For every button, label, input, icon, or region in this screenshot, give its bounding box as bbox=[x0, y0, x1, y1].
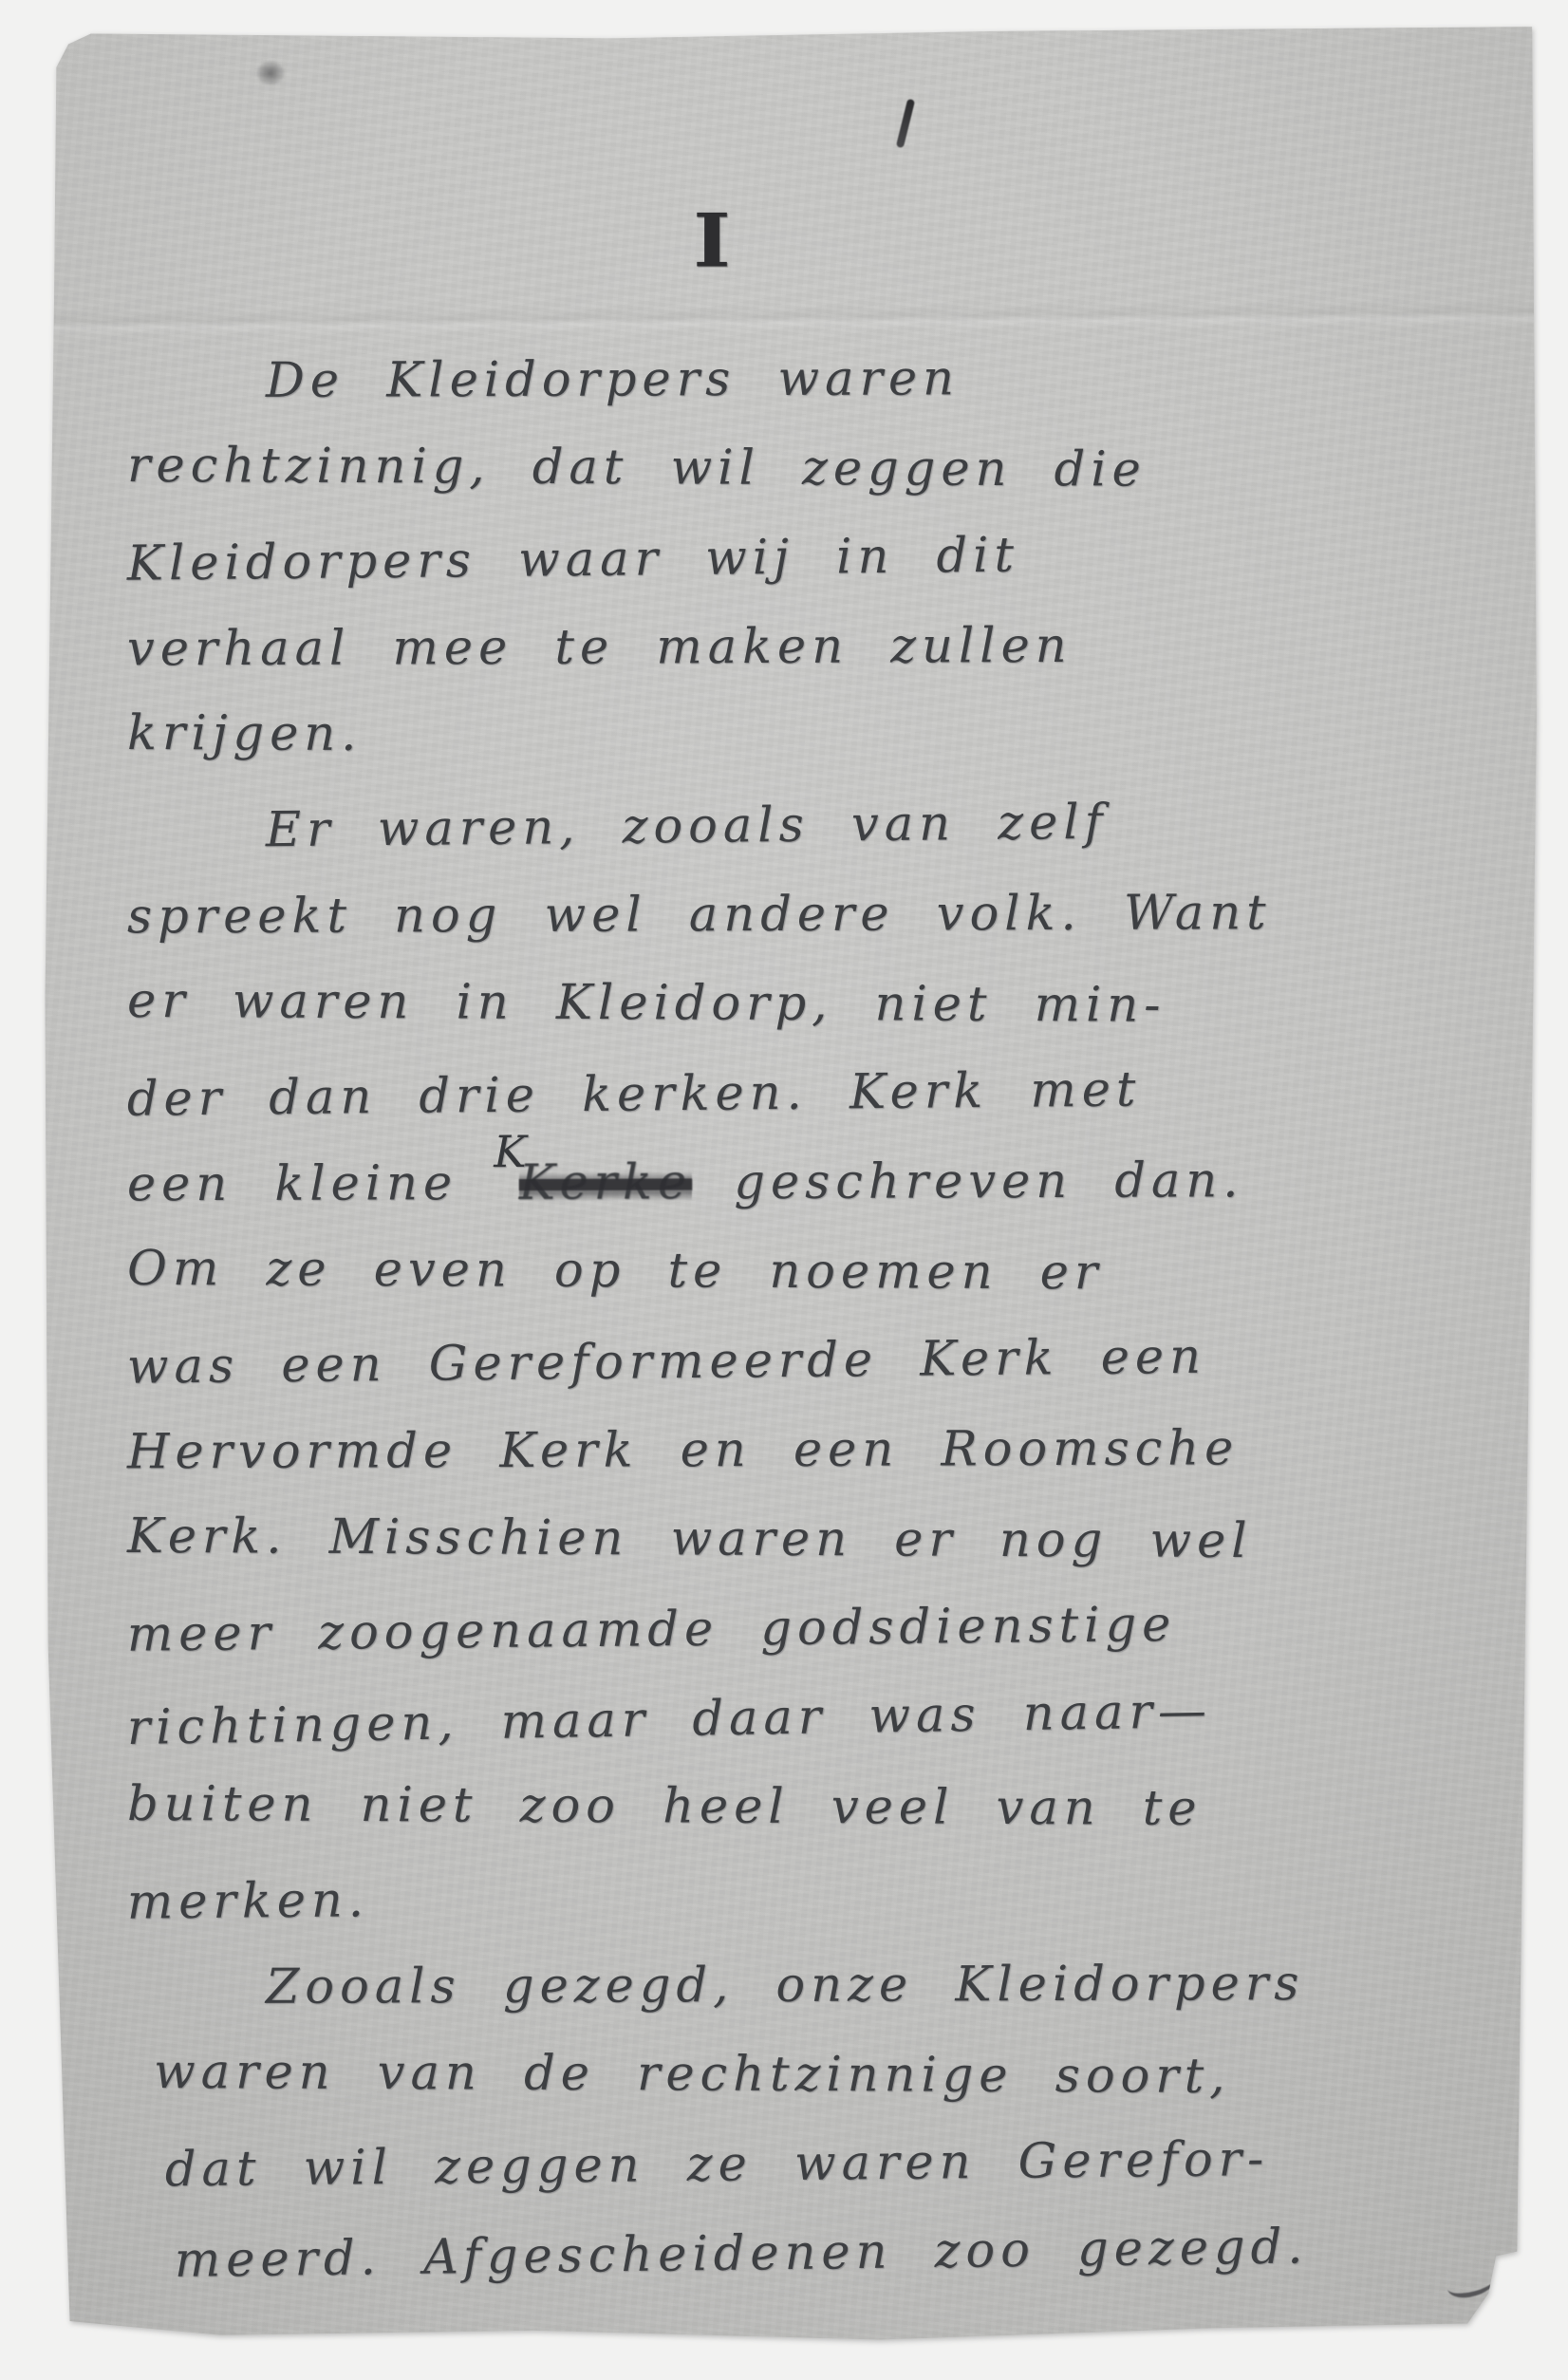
manuscript-line: er waren in Kleidorp, niet min- bbox=[40, 973, 1540, 1069]
scanned-manuscript-page: I De Kleidorpers waren rechtzinnig, dat … bbox=[0, 0, 1568, 2380]
paper-crease bbox=[40, 300, 1540, 335]
manuscript-line: merken. bbox=[40, 1861, 1540, 1964]
paper-shadow-wrap: I De Kleidorpers waren rechtzinnig, dat … bbox=[0, 0, 1568, 2380]
text-before-strike: een kleine bbox=[127, 1155, 500, 1212]
struck-out-word: Kerke bbox=[519, 1154, 693, 1211]
text-after-strike: geschreven dan. bbox=[692, 1153, 1244, 1210]
manuscript-line: spreekt nog wel andere volk. Want bbox=[40, 884, 1540, 979]
manuscript-line: Kerk. Misschien waren er nog wel bbox=[40, 1509, 1540, 1604]
manuscript-line: De Kleidorpers waren bbox=[40, 348, 1540, 443]
manuscript-line: was een Gereformeerde Kerk een bbox=[40, 1325, 1540, 1429]
manuscript-line: verhaal mee te maken zullen bbox=[40, 616, 1540, 711]
manuscript-line: der dan drie kerken. Kerk met bbox=[40, 1058, 1540, 1161]
stray-pen-mark bbox=[896, 99, 915, 148]
manuscript-line: Om ze even op te noemen er bbox=[40, 1241, 1540, 1337]
handwritten-text-block: De Kleidorpers waren rechtzinnig, dat wi… bbox=[40, 351, 1540, 2314]
manuscript-line: Kleidorpers waar wij in dit bbox=[40, 522, 1540, 626]
manuscript-line-with-correction: een kleine KKerke geschreven dan. bbox=[40, 1152, 1540, 1246]
manuscript-line: waren van de rechtzinnige soort, bbox=[40, 2044, 1540, 2140]
manuscript-line: krijgen. bbox=[40, 705, 1540, 801]
manuscript-line: buiten niet zoo heel veel van te bbox=[40, 1776, 1540, 1872]
manuscript-line: dat wil zeggen ze waren Gerefor- bbox=[40, 2128, 1540, 2232]
manuscript-line: rechtzinnig, dat wil zeggen die bbox=[40, 438, 1540, 534]
ink-smudge bbox=[256, 61, 285, 85]
manuscript-line: Hervormde Kerk en een Roomsche bbox=[40, 1419, 1540, 1514]
manuscript-line: Zooals gezegd, onze Kleidorpers bbox=[40, 1955, 1540, 2050]
manuscript-line: Er waren, zooals van zelf bbox=[40, 790, 1540, 893]
manuscript-line: meerd. Afgescheidenen zoo gezegd. bbox=[39, 2216, 1540, 2323]
manuscript-paper: I De Kleidorpers waren rechtzinnig, dat … bbox=[40, 21, 1540, 2342]
chapter-heading-roman-numeral: I bbox=[655, 197, 769, 284]
manuscript-line: richtingen, maar daar was naar— bbox=[39, 1678, 1540, 1791]
